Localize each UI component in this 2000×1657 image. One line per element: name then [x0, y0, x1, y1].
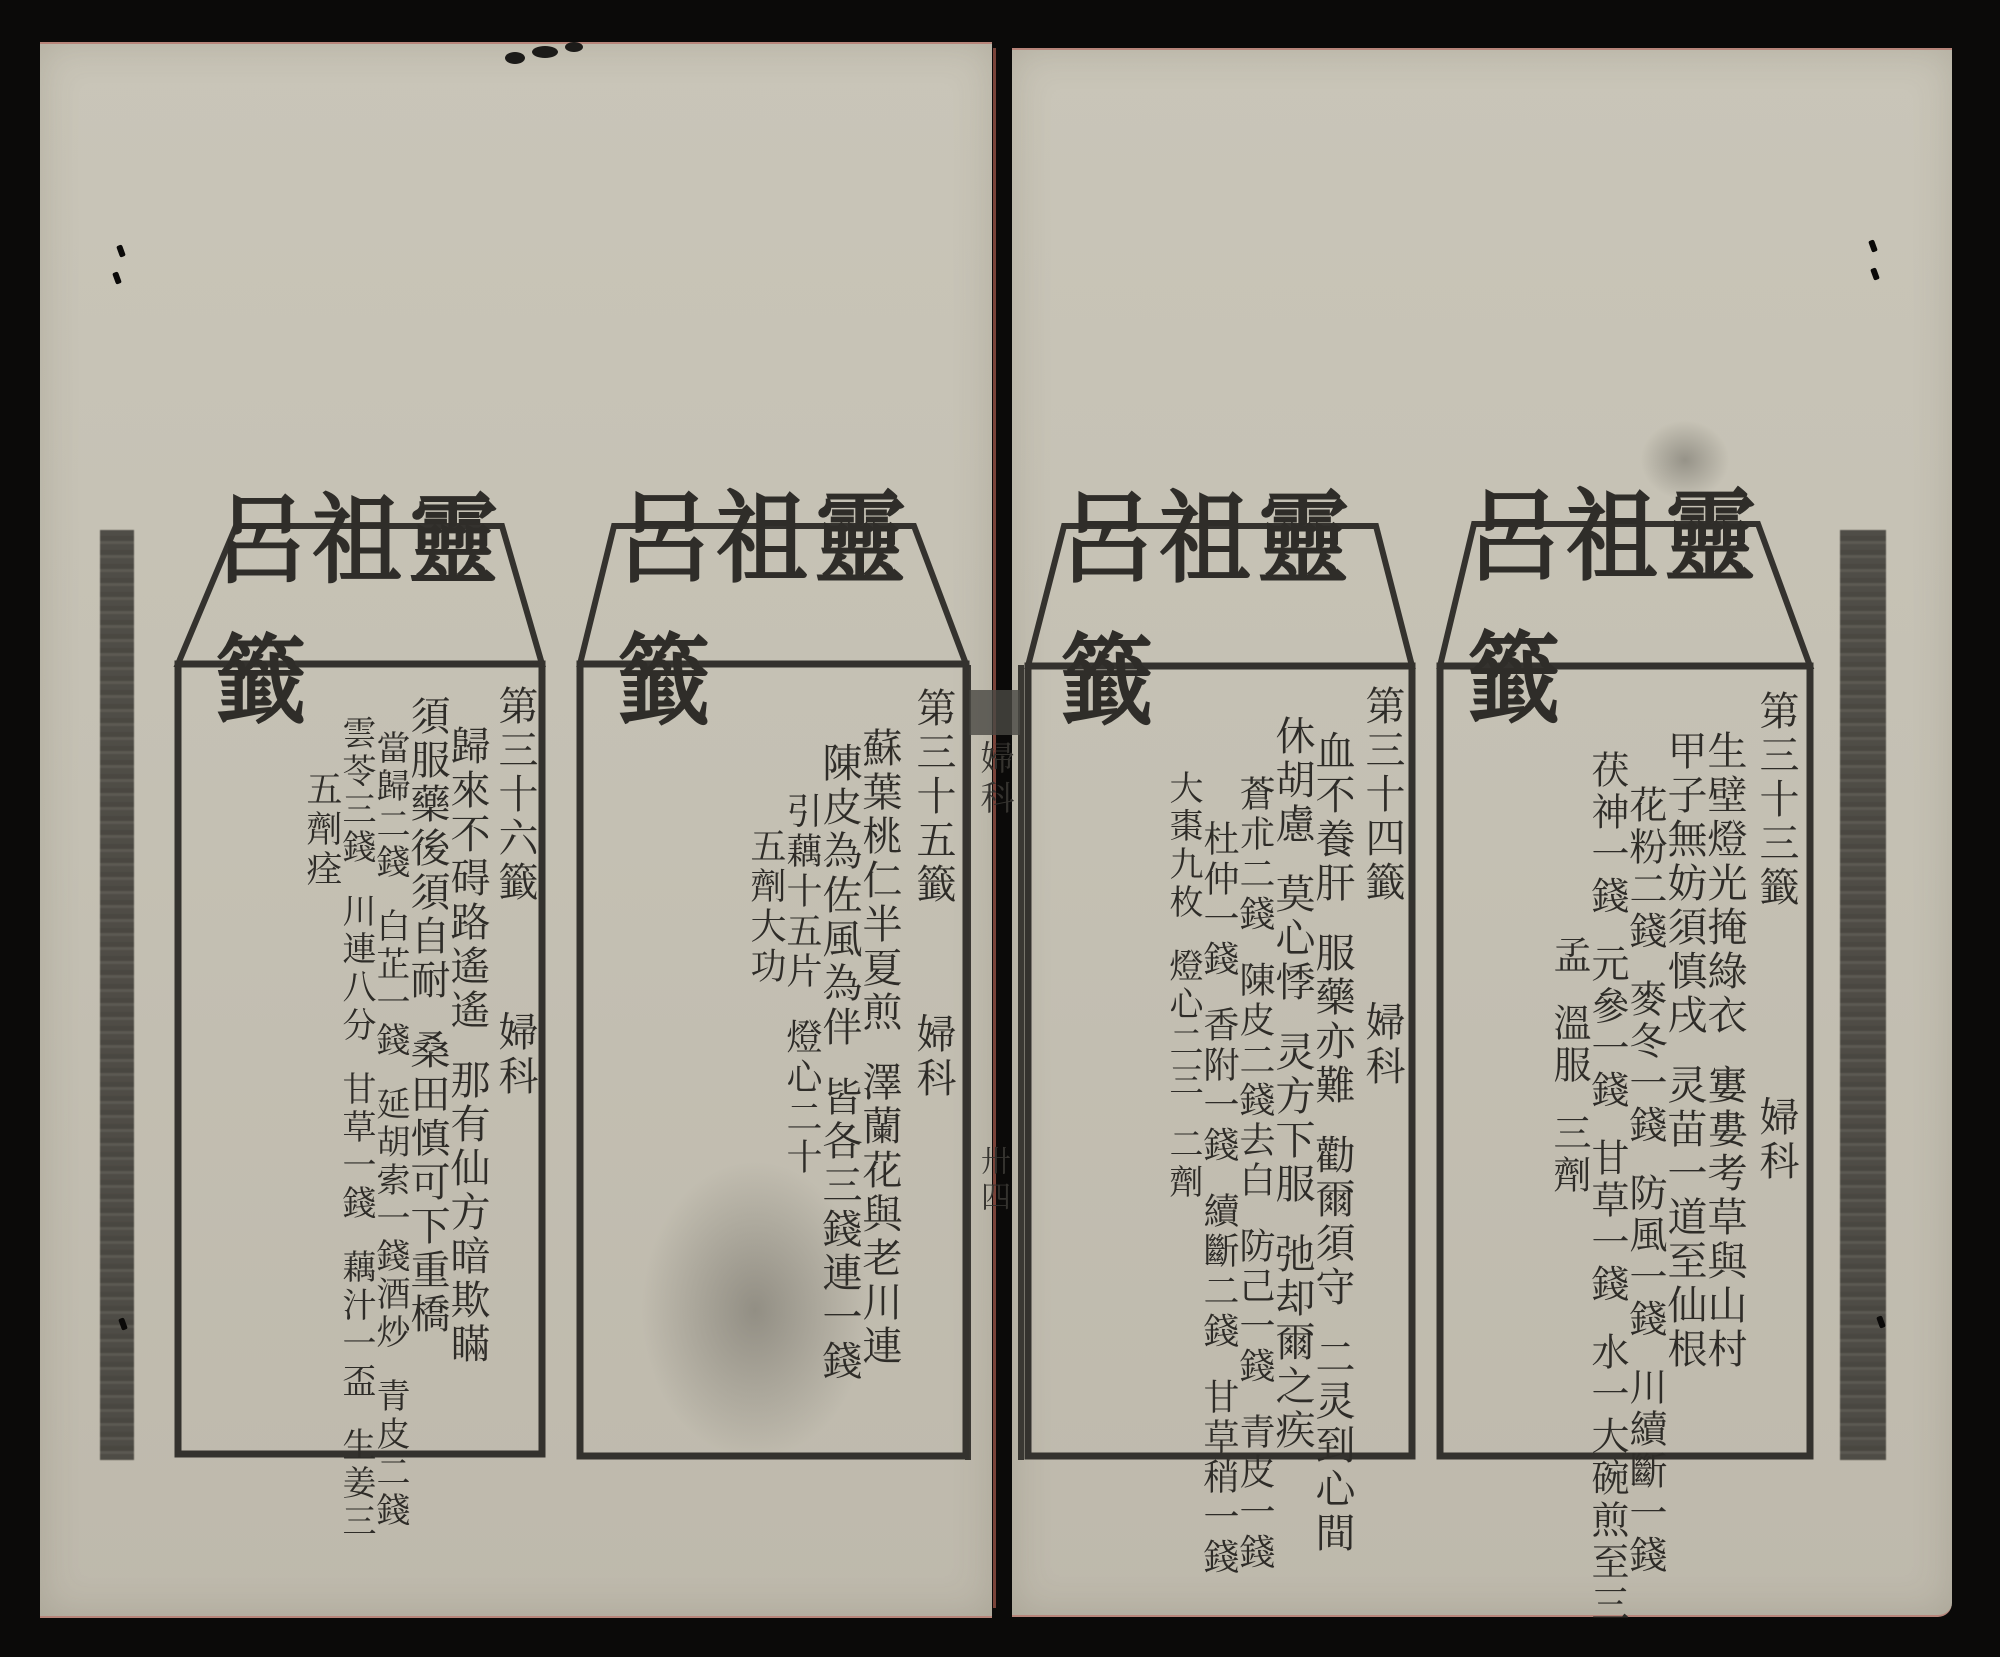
- herb-entry: 花粉二錢: [1626, 785, 1664, 953]
- dosage-note: 溫服: [1550, 1003, 1588, 1087]
- card-title: 呂祖靈籤: [618, 542, 928, 662]
- oracle-card-36: 呂祖靈籤 第三十六籤 婦科 歸來不碍路遙遙 那有仙方暗欺瞞 須服藥後須自耐 桑田…: [176, 520, 546, 1460]
- dosage-column: 五劑痊: [303, 685, 339, 1450]
- oracle-card-33: 呂祖靈籤 第三十三籤 婦科 生壁燈光掩綠衣 寠婁考草與山村 甲子無妨須慎戌 灵苗…: [1438, 520, 1813, 1460]
- verse-line: 服藥亦難: [1312, 932, 1352, 1108]
- herb-entry: 當歸二錢: [373, 730, 407, 882]
- dosage-note: 燈心二三: [1166, 948, 1200, 1100]
- prescription-column: 當歸二錢 白芷一錢 延胡索一錢酒炒 青皮二錢: [373, 685, 407, 1450]
- herb-entry: 茯神一錢: [1588, 750, 1626, 918]
- verse-line: 寠婁考草與山村: [1704, 1064, 1744, 1372]
- herb-entry: 甘草一錢: [339, 1071, 373, 1223]
- dosage-column: 孟 溫服 三劑: [1550, 690, 1588, 1450]
- verse-line: 灵苗一道至仙根: [1664, 1064, 1704, 1372]
- dosage-note: 二劑: [1166, 1126, 1200, 1202]
- herb-entry: 防風一錢: [1626, 1173, 1664, 1341]
- verse-line: 陳皮為佐風為伴: [819, 742, 859, 1050]
- gutter-fishtail: [968, 690, 1020, 735]
- prescription-column: 花粉二錢 麥冬一錢 防風一錢 川續斷一錢: [1626, 690, 1664, 1450]
- verse-line: 桑田慎可下重橋: [407, 1029, 447, 1337]
- gutter-section-label: 婦科: [970, 740, 1019, 820]
- verse-column: 甲子無妨須慎戌 灵苗一道至仙根: [1664, 690, 1704, 1450]
- herb-entry: 水一大碗煎至三: [1588, 1332, 1626, 1626]
- verse-line: 莫心悸: [1272, 873, 1312, 1005]
- text-column: 第三十六籤 婦科: [495, 685, 535, 1450]
- herb-entry: 延胡索一錢酒炒: [373, 1086, 407, 1352]
- herb-entry: 甘草一錢: [1588, 1138, 1626, 1306]
- prescription-column: 引藕十五片 燈心二十: [783, 687, 819, 1452]
- category-label: 婦科: [495, 1011, 535, 1099]
- dosage-note: 五劑痊: [303, 770, 339, 890]
- text-column: 第三十五籤 婦科: [913, 687, 953, 1452]
- spine-red-edge: [993, 48, 996, 1608]
- herb-entry: 續斷二錢: [1200, 1192, 1236, 1352]
- ink-blot: [532, 46, 558, 58]
- verse-column: 陳皮為佐風為伴 皆各三錢連一錢: [819, 687, 859, 1452]
- slip-number: 第三十三籤: [1756, 690, 1796, 910]
- herb-entry: 生姜三: [339, 1427, 373, 1541]
- verse-line: 生壁燈光掩綠衣: [1704, 730, 1744, 1038]
- dosage-note: 三劑: [1550, 1113, 1588, 1197]
- prescription-column: 蒼朮二錢 陳皮二錢去白 防己一錢 青皮一錢: [1236, 685, 1272, 1455]
- card-body: 第三十三籤 婦科 生壁燈光掩綠衣 寠婁考草與山村 甲子無妨須慎戌 灵苗一道至仙根…: [1456, 690, 1796, 1450]
- verse-line: 甲子無妨須慎戌: [1664, 730, 1704, 1038]
- verse-line: 二灵到心間: [1312, 1336, 1352, 1556]
- card-body: 第三十四籤 婦科 血不養肝 服藥亦難 勸爾須守 二灵到心間 休胡慮 莫心悸 灵方…: [1040, 685, 1402, 1455]
- oracle-card-34: 呂祖靈籤 第三十四籤 婦科 血不養肝 服藥亦難 勸爾須守 二灵到心間 休胡慮 莫…: [1026, 520, 1416, 1460]
- verse-line: 皆各三錢連一錢: [819, 1076, 859, 1384]
- category-label: 婦科: [913, 1013, 953, 1101]
- verse-column: 生壁燈光掩綠衣 寠婁考草與山村: [1704, 690, 1744, 1450]
- ink-blot: [565, 42, 583, 52]
- slip-number: 第三十四籤: [1362, 685, 1402, 905]
- dosage-column: 五劑大功: [747, 687, 783, 1452]
- herb-entry: 防己一錢: [1236, 1227, 1272, 1387]
- verse-line: 灵方下服: [1272, 1031, 1312, 1207]
- herb-entry: 青皮一錢: [1236, 1413, 1272, 1573]
- prescription-column: 茯神一錢 元參一錢 甘草一錢 水一大碗煎至三: [1588, 690, 1626, 1450]
- text-column: 第三十四籤 婦科: [1362, 685, 1402, 1455]
- herb-entry: 川續斷一錢: [1626, 1367, 1664, 1577]
- herb-entry: 香附一錢: [1200, 1006, 1236, 1166]
- text-column: 第三十三籤 婦科: [1756, 690, 1796, 1450]
- verse-line: 那有仙方暗欺瞞: [447, 1059, 487, 1367]
- oracle-card-35: 呂祖靈籤 第三十五籤 婦科 蘇葉桃仁半夏煎 澤蘭花與老川連 陳皮為佐風為伴 皆各…: [578, 522, 968, 1460]
- category-label: 婦科: [1362, 1001, 1402, 1089]
- verse-line: 歸來不碍路遙遙: [447, 725, 487, 1033]
- verse-line: 血不養肝: [1312, 730, 1352, 906]
- herb-entry: 川連八分: [339, 893, 373, 1045]
- verse-column: 血不養肝 服藥亦難 勸爾須守 二灵到心間: [1312, 685, 1352, 1455]
- herb-entry: 藕汁一盃: [339, 1249, 373, 1401]
- verse-line: 休胡慮: [1272, 715, 1312, 847]
- dosage-note: 五劑大功: [747, 827, 783, 987]
- slip-number: 第三十五籤: [913, 687, 953, 907]
- verse-column: 須服藥後須自耐 桑田慎可下重橋: [407, 685, 447, 1450]
- card-title: 呂祖靈籤: [216, 542, 516, 662]
- dosage-note: 大棗九枚: [1166, 770, 1200, 922]
- card-title: 呂祖靈籤: [1468, 540, 1778, 660]
- dosage-column: 大棗九枚 燈心二三 二劑: [1166, 685, 1200, 1455]
- herb-entry: 甘草稍一錢: [1200, 1378, 1236, 1578]
- slip-number: 第三十六籤: [495, 685, 535, 905]
- prescription-column: 杜仲一錢 香附一錢 續斷二錢 甘草稍一錢: [1200, 685, 1236, 1455]
- card-body: 第三十五籤 婦科 蘇葉桃仁半夏煎 澤蘭花與老川連 陳皮為佐風為伴 皆各三錢連一錢…: [598, 687, 953, 1452]
- card-title: 呂祖靈籤: [1061, 542, 1381, 662]
- verse-line: 須服藥後須自耐: [407, 695, 447, 1003]
- gutter-folio-number: 卅四: [970, 1145, 1014, 1217]
- herb-entry: 元參一錢: [1588, 944, 1626, 1112]
- herb-entry: 蒼朮二錢: [1236, 775, 1272, 935]
- category-label: 婦科: [1756, 1096, 1796, 1184]
- card-body: 第三十六籤 婦科 歸來不碍路遙遙 那有仙方暗欺瞞 須服藥後須自耐 桑田慎可下重橋…: [190, 685, 535, 1450]
- left-outer-frame-band: [100, 530, 134, 1460]
- verse-line: 勸爾須守: [1312, 1134, 1352, 1310]
- verse-line: 弛却爾之疾: [1272, 1233, 1312, 1453]
- herb-entry: 陳皮二錢去白: [1236, 961, 1272, 1201]
- verse-column: 休胡慮 莫心悸 灵方下服 弛却爾之疾: [1272, 685, 1312, 1455]
- verse-line: 蘇葉桃仁半夏煎: [859, 727, 899, 1035]
- verse-column: 蘇葉桃仁半夏煎 澤蘭花與老川連: [859, 687, 899, 1452]
- prescription-column: 雲苓三錢 川連八分 甘草一錢 藕汁一盃 生姜三: [339, 685, 373, 1450]
- herb-entry: 燈心二十: [783, 1018, 819, 1178]
- ink-blot: [505, 52, 525, 64]
- herb-entry: 杜仲一錢: [1200, 820, 1236, 980]
- verse-line: 澤蘭花與老川連: [859, 1061, 899, 1369]
- dosage-note: 孟: [1550, 935, 1588, 977]
- herb-entry: 雲苓三錢: [339, 715, 373, 867]
- verse-column: 歸來不碍路遙遙 那有仙方暗欺瞞: [447, 685, 487, 1450]
- herb-entry: 引藕十五片: [783, 792, 819, 992]
- herb-entry: 麥冬一錢: [1626, 979, 1664, 1147]
- herb-entry: 白芷一錢: [373, 908, 407, 1060]
- herb-entry: 青皮二錢: [373, 1378, 407, 1530]
